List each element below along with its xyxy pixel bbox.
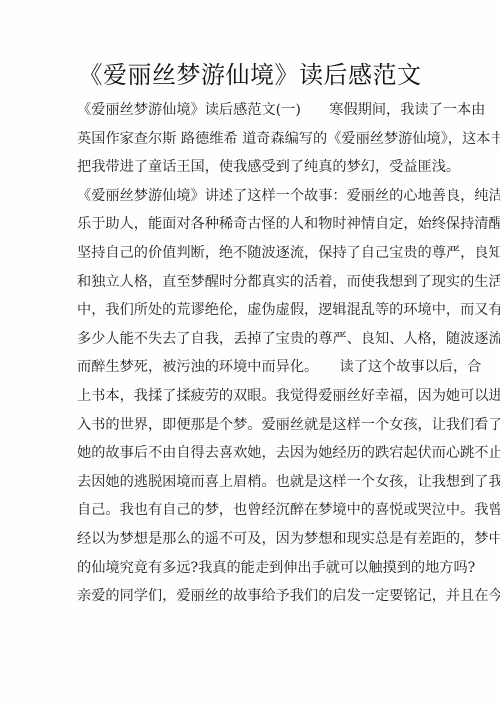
text-line: 而醉生梦死，被污浊的环境中而异化。 读了这个故事以后，合 (77, 353, 427, 382)
text-line: 中，我们所处的荒谬绝伦，虚伪虚假，逻辑混乱等的环境中，而又有 (77, 296, 427, 325)
text-line: 自己。我也有自己的梦，也曾经沉醉在梦境中的喜悦或哭泣中。我曾 (77, 496, 427, 525)
text-line: 把我带进了童话王国，使我感受到了纯真的梦幻，受益匪浅。 (77, 153, 427, 182)
document-body: 《爱丽丝梦游仙境》读后感范文(一) 寒假期间，我读了一本由 英国作家查尔斯 路德… (77, 96, 427, 611)
text-line: 英国作家查尔斯 路德维希 道奇森编写的《爱丽丝梦游仙境》，这本书 (77, 125, 427, 154)
text-line: 《爱丽丝梦游仙境》讲述了这样一个故事：爱丽丝的心地善良，纯洁， (77, 182, 427, 211)
text-line: 多少人能不失去了自我，丢掉了宝贵的尊严、良知、人格，随波逐流 (77, 325, 427, 354)
text-line: 亲爱的同学们，爱丽丝的故事给予我们的启发一定要铭记，并且在今 (77, 582, 427, 611)
text-line: 上书本，我揉了揉疲劳的双眼。我觉得爱丽丝好幸福，因为她可以进 (77, 382, 427, 411)
text-line: 《爱丽丝梦游仙境》读后感范文(一) 寒假期间，我读了一本由 (77, 96, 427, 125)
text-line: 乐于助人，能面对各种稀奇古怪的人和物时神情自定，始终保持清醒， (77, 210, 427, 239)
document-page: 《爱丽丝梦游仙境》读后感范文 《爱丽丝梦游仙境》读后感范文(一) 寒假期间，我读… (0, 0, 500, 707)
text-line: 的仙境究竟有多远?我真的能走到伸出手就可以触摸到的地方吗? (77, 554, 427, 583)
text-line: 和独立人格，直至梦醒时分都真实的活着，而使我想到了现实的生活 (77, 268, 427, 297)
document-title: 《爱丽丝梦游仙境》读后感范文 (0, 60, 500, 90)
text-line: 坚持自己的价值判断，绝不随波逐流，保持了自己宝贵的尊严，良知 (77, 239, 427, 268)
text-line: 经以为梦想是那么的遥不可及，因为梦想和现实总是有差距的，梦中 (77, 525, 427, 554)
text-line: 入书的世界，即便那是个梦。爱丽丝就是这样一个女孩，让我们看了 (77, 411, 427, 440)
text-line: 去因她的逃脱困境而喜上眉梢。也就是这样一个女孩，让我想到了我 (77, 468, 427, 497)
text-line: 她的故事后不由自得去喜欢她，去因为她经历的跌宕起伏而心跳不止， (77, 439, 427, 468)
